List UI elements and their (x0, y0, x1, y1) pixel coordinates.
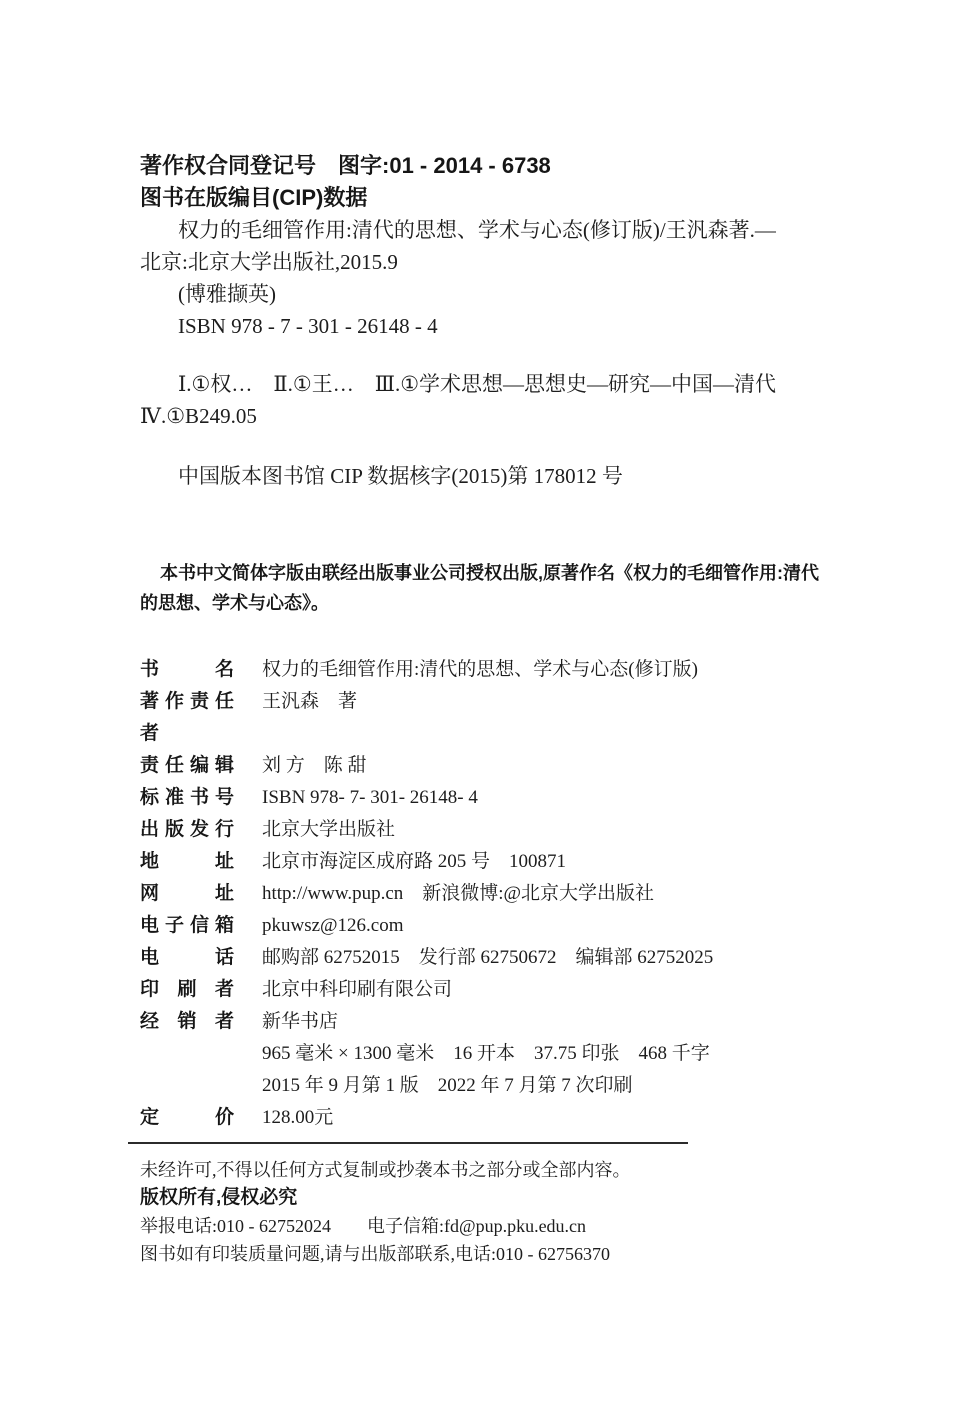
cip-record-number: 中国版本图书馆 CIP 数据核字(2015)第 178012 号 (140, 460, 920, 492)
colophon-value: http://www.pup.cn 新浪微博:@北京大学出版社 (262, 878, 654, 910)
authorization-notice: 本书中文简体字版由联经出版事业公司授权出版,原著作名《权力的毛细管作用:清代 的… (140, 558, 920, 618)
quality-contact-line: 图书如有印装质量问题,请与出版部联系,电话:010 - 62756370 (140, 1240, 920, 1268)
spacer (140, 432, 920, 460)
divider-rule (128, 1142, 688, 1144)
cip-entry-line-2: 北京:北京大学出版社,2015.9 (140, 246, 920, 278)
colophon-value: pkuwsz@126.com (262, 910, 404, 942)
cip-heading: 图书在版编目(CIP)数据 (140, 182, 920, 214)
colophon-value: 北京市海淀区成府路 205 号 100871 (262, 846, 566, 878)
rights-reserved-notice: 版权所有,侵权必究 (140, 1184, 920, 1212)
colophon-label: 定价 (140, 1102, 234, 1134)
spacer (140, 342, 920, 368)
colophon-label: 电话 (140, 942, 234, 974)
spacer (140, 618, 920, 654)
colophon-label: 著作责任者 (140, 686, 234, 750)
colophon-value: 128.00元 (262, 1102, 333, 1134)
colophon-label: 书名 (140, 654, 234, 686)
cip-isbn: ISBN 978 - 7 - 301 - 26148 - 4 (140, 310, 920, 342)
cip-classification-line-2: Ⅳ.①B249.05 (140, 400, 920, 432)
colophon-row-editor: 责任编辑 刘 方 陈 甜 (140, 750, 920, 782)
colophon-row-printer: 印刷者 北京中科印刷有限公司 (140, 974, 920, 1006)
colophon-row-email: 电子信箱 pkuwsz@126.com (140, 910, 920, 942)
colophon-value: 权力的毛细管作用:清代的思想、学术与心态(修订版) (262, 654, 698, 686)
colophon-row-format: 965 毫米 × 1300 毫米 16 开本 37.75 印张 468 千字 (140, 1038, 920, 1070)
authorization-line-1: 本书中文简体字版由联经出版事业公司授权出版,原著作名《权力的毛细管作用:清代 (140, 558, 920, 588)
registration-number: 图字:01 - 2014 - 6738 (338, 153, 551, 178)
colophon-label: 责任编辑 (140, 750, 234, 782)
colophon-value: 北京中科印刷有限公司 (262, 974, 452, 1006)
colophon-label: 出版发行 (140, 814, 234, 846)
colophon-row-address: 地址 北京市海淀区成府路 205 号 100871 (140, 846, 920, 878)
spacer (140, 492, 920, 558)
colophon-row-edition: 2015 年 9 月第 1 版 2022 年 7 月第 7 次印刷 (140, 1070, 920, 1102)
copyright-page: 著作权合同登记号图字:01 - 2014 - 6738 图书在版编目(CIP)数… (0, 0, 960, 1406)
colophon-label: 地址 (140, 846, 234, 878)
colophon-table: 书名 权力的毛细管作用:清代的思想、学术与心态(修订版) 著作责任者 王汎森 著… (140, 654, 920, 1134)
colophon-label: 印刷者 (140, 974, 234, 1006)
colophon-label: 电子信箱 (140, 910, 234, 942)
colophon-row-book-title: 书名 权力的毛细管作用:清代的思想、学术与心态(修订版) (140, 654, 920, 686)
registration-label: 著作权合同登记号 (140, 153, 316, 178)
colophon-label: 标准书号 (140, 782, 234, 814)
colophon-label: 网址 (140, 878, 234, 910)
colophon-row-price: 定价 128.00元 (140, 1102, 920, 1134)
colophon-value: 965 毫米 × 1300 毫米 16 开本 37.75 印张 468 千字 (262, 1038, 710, 1070)
colophon-value: 王汎森 著 (262, 686, 357, 718)
no-copy-notice: 未经许可,不得以任何方式复制或抄袭本书之部分或全部内容。 (140, 1156, 920, 1184)
cip-classification-line-1: Ⅰ.①权… Ⅱ.①王… Ⅲ.①学术思想—思想史—研究—中国—清代 (140, 368, 920, 400)
colophon-value: ISBN 978- 7- 301- 26148- 4 (262, 782, 478, 814)
report-contact-line: 举报电话:010 - 62752024 电子信箱:fd@pup.pku.edu.… (140, 1212, 920, 1240)
colophon-label: 经销者 (140, 1006, 234, 1038)
colophon-value: 2015 年 9 月第 1 版 2022 年 7 月第 7 次印刷 (262, 1070, 633, 1102)
footer-notices: 未经许可,不得以任何方式复制或抄袭本书之部分或全部内容。 版权所有,侵权必究 举… (140, 1156, 920, 1268)
authorization-line-2: 的思想、学术与心态》。 (140, 588, 920, 618)
cip-entry-line-1: 权力的毛细管作用:清代的思想、学术与心态(修订版)/王汎森著.— (140, 214, 920, 246)
colophon-row-publisher: 出版发行 北京大学出版社 (140, 814, 920, 846)
colophon-value: 刘 方 陈 甜 (262, 750, 367, 782)
registration-line: 著作权合同登记号图字:01 - 2014 - 6738 (140, 150, 920, 182)
colophon-value: 新华书店 (262, 1006, 338, 1038)
colophon-row-isbn: 标准书号 ISBN 978- 7- 301- 26148- 4 (140, 782, 920, 814)
colophon-value: 北京大学出版社 (262, 814, 395, 846)
colophon-value: 邮购部 62752015 发行部 62750672 编辑部 62752025 (262, 942, 713, 974)
series-title: (博雅撷英) (140, 278, 920, 310)
colophon-row-distributor: 经销者 新华书店 (140, 1006, 920, 1038)
colophon-row-website: 网址 http://www.pup.cn 新浪微博:@北京大学出版社 (140, 878, 920, 910)
colophon-row-author: 著作责任者 王汎森 著 (140, 686, 920, 750)
colophon-row-phone: 电话 邮购部 62752015 发行部 62750672 编辑部 6275202… (140, 942, 920, 974)
